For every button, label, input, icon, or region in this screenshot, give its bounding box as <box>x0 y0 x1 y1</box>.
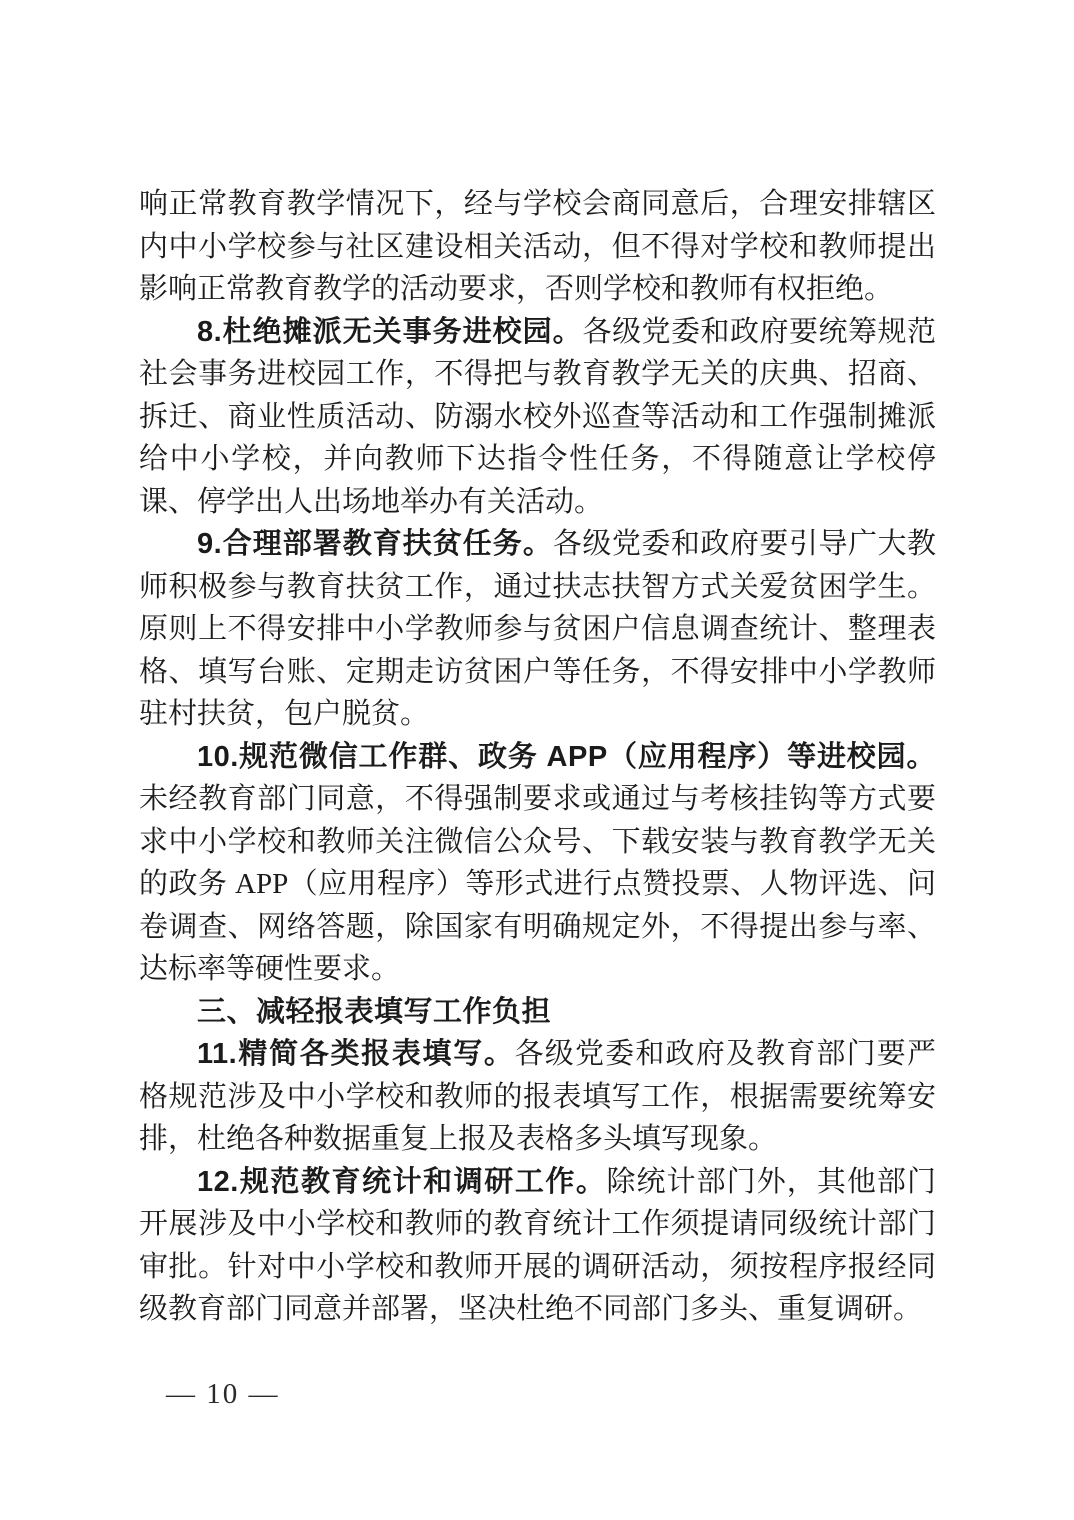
paragraph-continuation: 响正常教育教学情况下，经与学校会商同意后，合理安排辖区内中小学校参与社区建设相关… <box>139 183 936 311</box>
item-9-title: 9.合理部署教育扶贫任务。 <box>197 528 553 560</box>
item-8-title: 8.杜绝摊派无关事务进校园。 <box>197 316 583 348</box>
paragraph-item-11: 11.精简各类报表填写。各级党委和政府及教育部门要严格规范涉及中小学校和教师的报… <box>139 1033 936 1161</box>
item-10-title: 10.规范微信工作群、政务 APP（应用程序）等进校园。 <box>197 741 936 773</box>
section-heading-text: 三、减轻报表填写工作负担 <box>197 996 551 1028</box>
paragraph-text: 未经教育部门同意，不得强制要求或通过与考核挂钩等方式要求中小学校和教师关注微信公… <box>139 783 936 985</box>
paragraph-item-12: 12.规范教育统计和调研工作。除统计部门外，其他部门开展涉及中小学校和教师的教育… <box>139 1161 936 1331</box>
document-page: 响正常教育教学情况下，经与学校会商同意后，合理安排辖区内中小学校参与社区建设相关… <box>0 0 1074 1520</box>
section-heading-3: 三、减轻报表填写工作负担 <box>139 991 936 1034</box>
paragraph-text: 响正常教育教学情况下，经与学校会商同意后，合理安排辖区内中小学校参与社区建设相关… <box>139 188 936 305</box>
item-11-title: 11.精简各类报表填写。 <box>197 1038 515 1070</box>
page-number: — 10 — <box>166 1376 280 1412</box>
paragraph-item-9: 9.合理部署教育扶贫任务。各级党委和政府要引导广大教师积极参与教育扶贫工作，通过… <box>139 523 936 736</box>
document-body: 响正常教育教学情况下，经与学校会商同意后，合理安排辖区内中小学校参与社区建设相关… <box>139 183 936 1331</box>
paragraph-item-10: 10.规范微信工作群、政务 APP（应用程序）等进校园。未经教育部门同意，不得强… <box>139 736 936 991</box>
item-12-title: 12.规范教育统计和调研工作。 <box>197 1166 606 1198</box>
paragraph-item-8: 8.杜绝摊派无关事务进校园。各级党委和政府要统筹规范社会事务进校园工作，不得把与… <box>139 311 936 524</box>
